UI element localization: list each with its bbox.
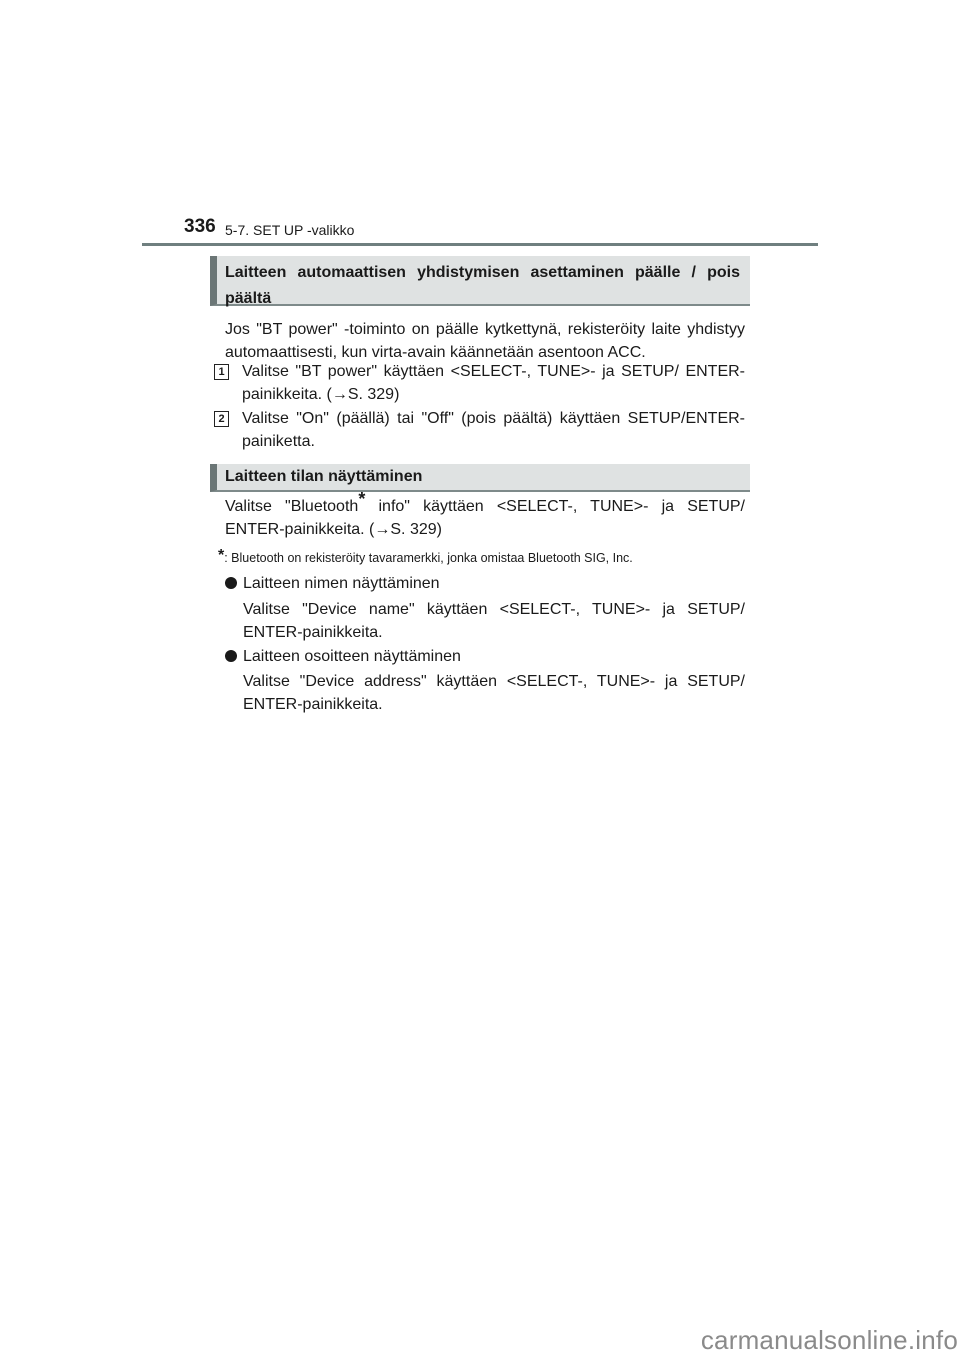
bullet-dot-icon <box>225 650 237 662</box>
bullet-description: Valitse "Device address" käyttäen <SELEC… <box>243 670 745 716</box>
step-text: Valitse "BT power" käyttäen <SELECT-, TU… <box>242 360 745 406</box>
heading-device-status: Laitteen tilan näyttäminen <box>210 464 750 492</box>
auto-connect-intro: Jos "BT power" -toiminto on päälle kytke… <box>225 318 745 364</box>
section-title: 5-7. SET UP -valikko <box>225 222 354 238</box>
step-1: 1 Valitse "BT power" käyttäen <SELECT-, … <box>214 360 745 406</box>
bullet-title: Laitteen nimen näyttäminen <box>243 575 440 592</box>
bullet-description: Valitse "Device name" käyttäen <SELECT-,… <box>243 598 745 644</box>
step-number-badge: 1 <box>214 364 229 380</box>
device-status-intro: Valitse "Bluetooth* info" käyttäen <SELE… <box>225 495 745 541</box>
heading-auto-connect: Laitteen automaattisen yhdistymisen aset… <box>210 256 750 306</box>
footnote-text: : Bluetooth on rekisteröity tavaramerkki… <box>224 551 633 565</box>
header-divider <box>142 243 818 246</box>
bullet-item: Laitteen osoitteen näyttäminen <box>225 645 745 668</box>
page-number: 336 <box>184 216 216 238</box>
step-text: Valitse "On" (päällä) tai "Off" (pois pä… <box>242 407 745 453</box>
step-number-badge: 2 <box>214 411 229 427</box>
watermark: carmanualsonline.info <box>701 1325 958 1356</box>
bullet-title: Laitteen osoitteen näyttäminen <box>243 648 461 665</box>
footnote: *: Bluetooth on rekisteröity tavaramerkk… <box>218 547 633 565</box>
intro-text: Valitse "Bluetooth <box>225 498 358 515</box>
bullet-dot-icon <box>225 577 237 589</box>
bullet-item: Laitteen nimen näyttäminen <box>225 572 745 595</box>
step-2: 2 Valitse "On" (päällä) tai "Off" (pois … <box>214 407 745 453</box>
